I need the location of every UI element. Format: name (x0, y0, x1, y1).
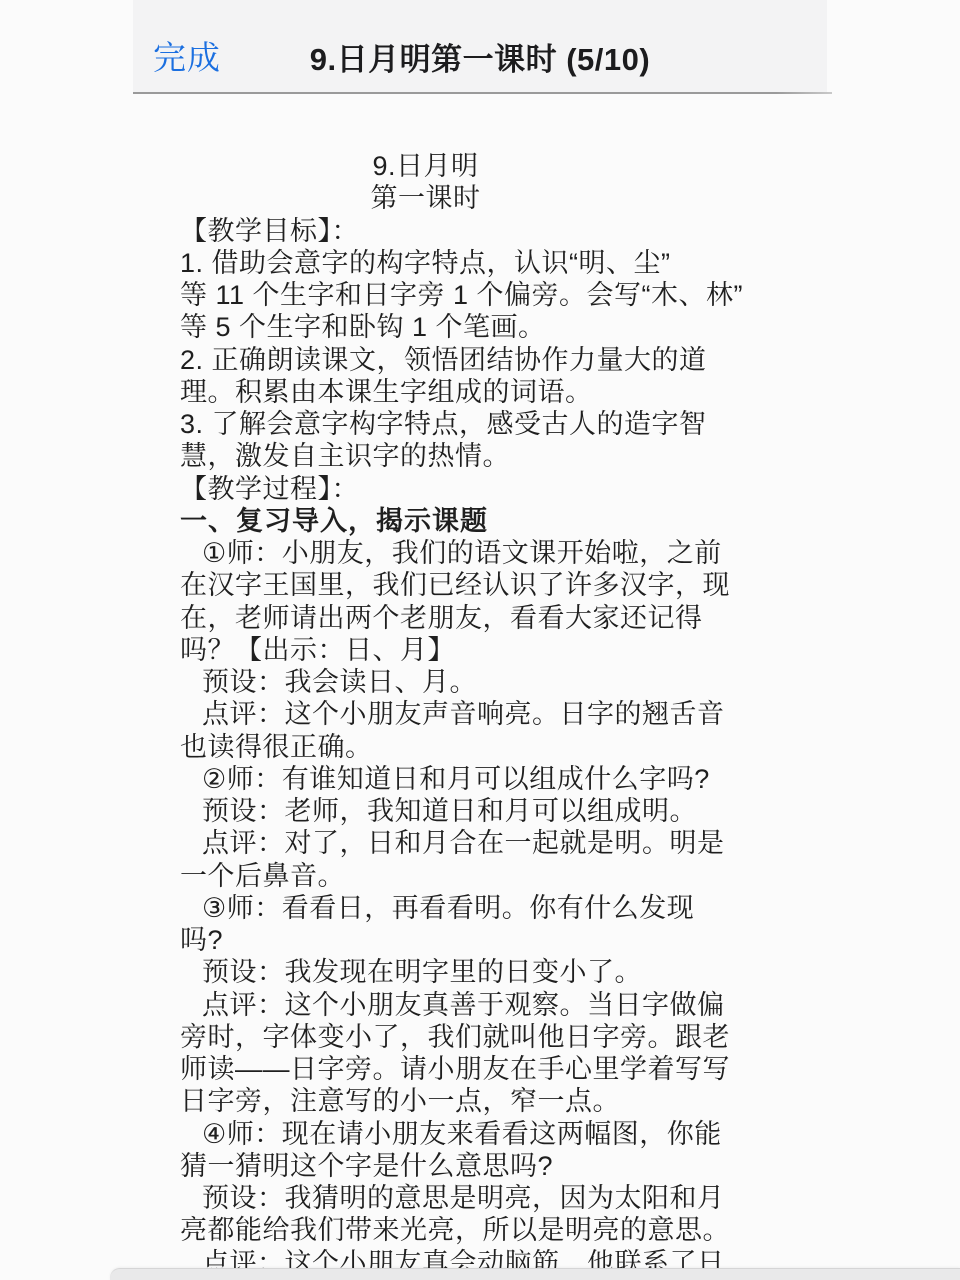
app-screen: 完成 9.日月明第一课时 (5/10) 9.日月明第一课时【教学目标】：1. 借… (0, 0, 960, 1280)
doc-line: 点评：对了，日和月合在一起就是明。明是 (180, 827, 776, 859)
doc-line: 【教学过程】： (180, 473, 776, 505)
document-content[interactable]: 9.日月明第一课时【教学目标】：1. 借助会意字的构字特点，认识“明、尘”等 1… (180, 150, 776, 1268)
doc-line: 9.日月明 (180, 150, 671, 182)
doc-line: 第一课时 (180, 182, 671, 214)
doc-line: 理。积累由本课生字组成的词语。 (180, 376, 776, 408)
doc-line: ③师：看看日，再看看明。你有什么发现 (180, 892, 776, 924)
nav-title: 9.日月明第一课时 (5/10) (133, 34, 827, 79)
document-page: 9.日月明第一课时【教学目标】：1. 借助会意字的构字特点，认识“明、尘”等 1… (0, 94, 960, 1268)
doc-line: 慧，激发自主识字的热情。 (180, 440, 776, 472)
bottom-sheet-edge (110, 1268, 960, 1280)
doc-line: 预设：我发现在明字里的日变小了。 (180, 956, 776, 988)
doc-line: 猜一猜明这个字是什么意思吗? (180, 1150, 776, 1182)
navigation-bar: 完成 9.日月明第一课时 (5/10) (133, 0, 827, 92)
doc-line: 预设：我会读日、月。 (180, 666, 776, 698)
doc-line: 2. 正确朗读课文，领悟团结协作力量大的道 (180, 344, 776, 376)
doc-line: 点评：这个小朋友声音响亮。日字的翘舌音 (180, 698, 776, 730)
doc-line: 点评：这个小朋友真会动脑筋，他联系了日 (180, 1247, 776, 1269)
doc-line: 师读——日字旁。请小朋友在手心里学着写写 (180, 1053, 776, 1085)
doc-line: 也读得很正确。 (180, 731, 776, 763)
doc-line: 吗？【出示：日、月】 (180, 634, 776, 666)
doc-line: 一、复习导入，揭示课题 (180, 505, 776, 537)
doc-line: 日字旁，注意写的小一点，窄一点。 (180, 1085, 776, 1117)
doc-line: 点评：这个小朋友真善于观察。当日字做偏 (180, 989, 776, 1021)
doc-line: 亮都能给我们带来光亮，所以是明亮的意思。 (180, 1214, 776, 1246)
doc-line: 3. 了解会意字构字特点，感受古人的造字智 (180, 408, 776, 440)
doc-line: 吗? (180, 924, 776, 956)
doc-line: 在，老师请出两个老朋友，看看大家还记得 (180, 602, 776, 634)
doc-line: 一个后鼻音。 (180, 860, 776, 892)
doc-line: 在汉字王国里，我们已经认识了许多汉字，现 (180, 569, 776, 601)
doc-line: 预设：老师，我知道日和月可以组成明。 (180, 795, 776, 827)
doc-line: 预设：我猜明的意思是明亮，因为太阳和月 (180, 1182, 776, 1214)
doc-line: 旁时，字体变小了，我们就叫他日字旁。跟老 (180, 1021, 776, 1053)
doc-line: 【教学目标】： (180, 215, 776, 247)
doc-line: 等 11 个生字和日字旁 1 个偏旁。会写“木、林” (180, 279, 776, 311)
doc-line: 等 5 个生字和卧钩 1 个笔画。 (180, 311, 776, 343)
doc-line: ①师：小朋友，我们的语文课开始啦，之前 (180, 537, 776, 569)
doc-line: 1. 借助会意字的构字特点，认识“明、尘” (180, 247, 776, 279)
doc-line: ④师：现在请小朋友来看看这两幅图，你能 (180, 1118, 776, 1150)
doc-line: ②师：有谁知道日和月可以组成什么字吗? (180, 763, 776, 795)
